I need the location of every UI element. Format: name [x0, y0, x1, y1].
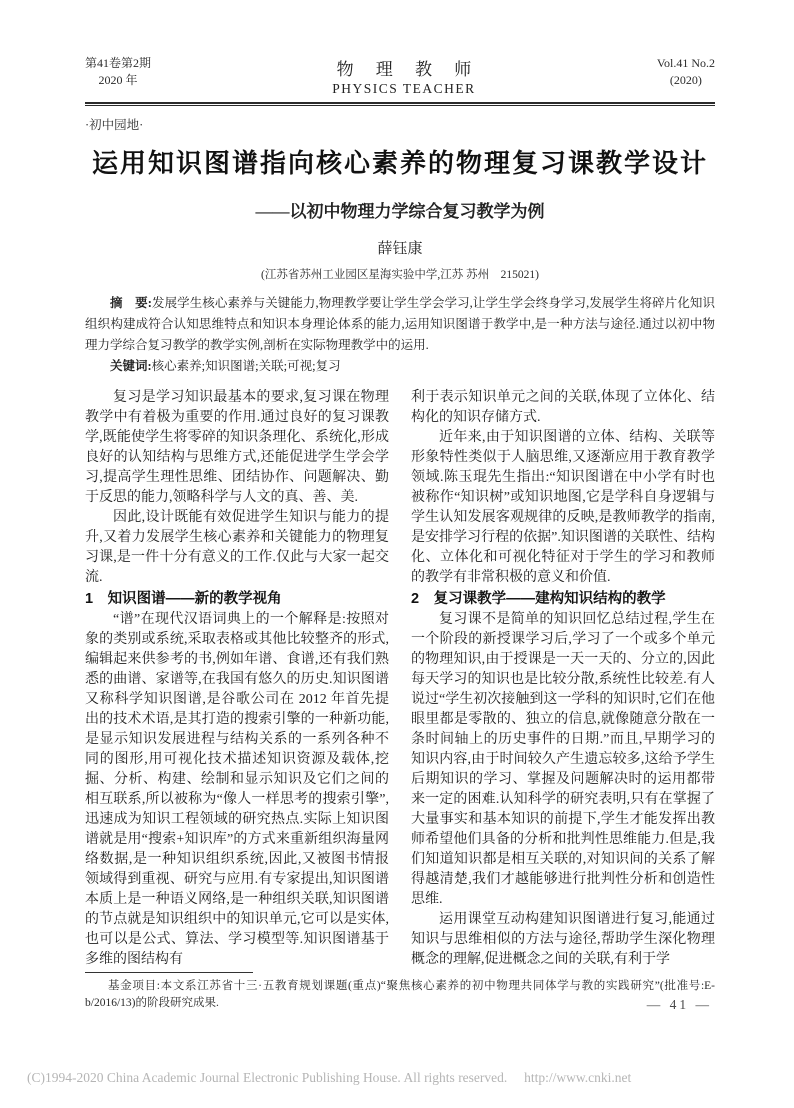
right-column: 利于表示知识单元之间的关联,体现了立体化、结构化的知识存储方式. 近年来,由于知… — [411, 388, 715, 970]
article-subtitle: ——以初中物理力学综合复习教学为例 — [85, 197, 715, 222]
abstract-block: 摘 要:发展学生核心素养与关键能力,物理教学要让学生学会学习,让学生学会终身学习… — [85, 293, 715, 377]
keywords-label: 关键词: — [110, 359, 152, 373]
year-cn: 2020 年 — [85, 72, 151, 89]
volume-issue-en: Vol.41 No.2 — [657, 55, 715, 72]
journal-title-en: PHYSICS TEACHER — [328, 81, 481, 97]
keywords-paragraph: 关键词:核心素养;知识图谱;关联;可视;复习 — [85, 356, 715, 377]
body-paragraph: 复习是学习知识最基本的要求,复习课在物理教学中有着极为重要的作用.通过良好的复习… — [85, 388, 389, 508]
section-heading-2: 2 复习课教学——建构知识结构的教学 — [411, 589, 715, 609]
header-divider — [85, 102, 715, 106]
author-affiliation: (江苏省苏州工业园区星海实验中学,江苏 苏州 215021) — [85, 266, 715, 282]
copyright-watermark: (C)1994-2020 China Academic Journal Elec… — [27, 1066, 631, 1086]
article-title: 运用知识图谱指向核心素养的物理复习课教学设计 — [85, 143, 715, 180]
volume-issue-cn: 第41卷第2期 — [85, 55, 151, 72]
abstract-text: 发展学生核心素养与关键能力,物理教学要让学生学会学习,让学生学会终身学习,发展学… — [85, 296, 715, 352]
footnote-divider — [85, 972, 253, 973]
body-paragraph: 因此,设计既能有效促进学生知识与能力的提升,又着力发展学生核心素养和关键能力的物… — [85, 508, 389, 588]
page-number: — 41 — — [647, 997, 712, 1013]
header-issue-cn: 第41卷第2期 2020 年 — [85, 55, 151, 89]
body-paragraph: 近年来,由于知识图谱的立体、结构、关联等形象特性类似于人脑思维,又逐渐应用于教育… — [411, 428, 715, 588]
journal-title-cn: 物 理 教 师 — [328, 55, 481, 80]
body-paragraph-continuation: 利于表示知识单元之间的关联,体现了立体化、结构化的知识存储方式. — [411, 388, 715, 428]
keywords-text: 核心素养;知识图谱;关联;可视;复习 — [152, 359, 341, 373]
column-section-label: ·初中园地· — [85, 115, 715, 133]
page-content: 第41卷第2期 2020 年 物 理 教 师 PHYSICS TEACHER V… — [0, 0, 794, 1012]
funding-footnote: 基金项目:本文系江苏省十三·五教育规划课题(重点)“聚焦核心素养的初中物理共同体… — [85, 978, 715, 1012]
paper-page: 第41卷第2期 2020 年 物 理 教 师 PHYSICS TEACHER V… — [0, 0, 794, 1108]
abstract-paragraph: 摘 要:发展学生核心素养与关键能力,物理教学要让学生学会学习,让学生学会终身学习… — [85, 293, 715, 356]
left-column: 复习是学习知识最基本的要求,复习课在物理教学中有着极为重要的作用.通过良好的复习… — [85, 388, 389, 970]
body-paragraph: “谱”在现代汉语词典上的一个解释是:按照对象的类别或系统,采取表格或其他比较整齐… — [85, 610, 389, 970]
header-issue-en: Vol.41 No.2 (2020) — [657, 55, 715, 89]
journal-title-block: 物 理 教 师 PHYSICS TEACHER — [328, 55, 481, 97]
year-en: (2020) — [657, 72, 715, 89]
section-heading-1: 1 知识图谱——新的教学视角 — [85, 589, 389, 609]
author-name: 薛钰康 — [85, 237, 715, 258]
body-paragraph: 复习课不是简单的知识回忆总结过程,学生在一个阶段的新授课学习后,学习了一个或多个… — [411, 610, 715, 910]
abstract-label: 摘 要: — [110, 296, 152, 310]
article-body: 复习是学习知识最基本的要求,复习课在物理教学中有着极为重要的作用.通过良好的复习… — [85, 388, 715, 970]
body-paragraph: 运用课堂互动构建知识图谱进行复习,能通过知识与思维相似的方法与途径,帮助学生深化… — [411, 910, 715, 970]
journal-header: 第41卷第2期 2020 年 物 理 教 师 PHYSICS TEACHER V… — [85, 55, 715, 97]
